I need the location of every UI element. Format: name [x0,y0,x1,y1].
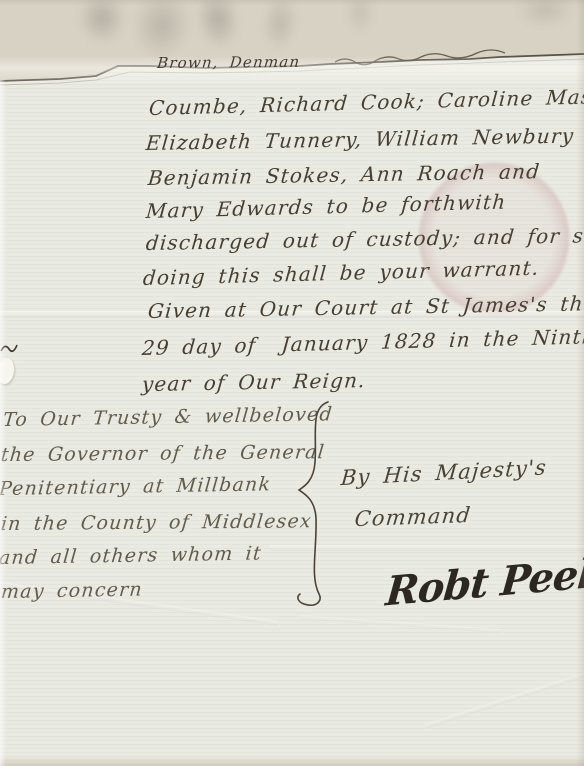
smudge [78,0,126,44]
address-line: Penitentiary at Millbank [0,473,272,500]
address-line: To Our Trusty & wellbeloved [2,403,334,431]
ink-blot [0,341,18,355]
body-line: 29 day of January 1828 in the Ninth [141,324,584,360]
page-edge-shading [0,756,584,766]
crease-line [425,656,584,729]
fold-text-fragment: Brown, Denman [156,53,301,76]
body-line: year of Our Reign. [141,368,367,396]
smudge [345,0,375,35]
address-line: and all others whom it [0,542,263,569]
scanned-document-page: Brown, Denman Coumbe, Richard Cook; Caro… [0,0,584,766]
body-line: Given at Our Court at St James's the [147,291,584,323]
smudge [259,0,301,54]
smudge [192,0,244,53]
command-line: Command [353,503,472,531]
address-line: the Governor of the General [0,441,326,466]
signature: Robt Peel [384,550,584,616]
command-line: By His Majesty's [340,455,548,490]
address-line: in the County of Middlesex [0,510,313,535]
crease-line [300,615,500,633]
paper-tear [0,357,17,386]
page-edge-shading [576,0,584,766]
body-line: Elizabeth Tunnery, William Newbury [145,124,575,156]
address-line: may concern [0,579,144,604]
smudge [515,0,575,28]
brace [288,398,348,613]
